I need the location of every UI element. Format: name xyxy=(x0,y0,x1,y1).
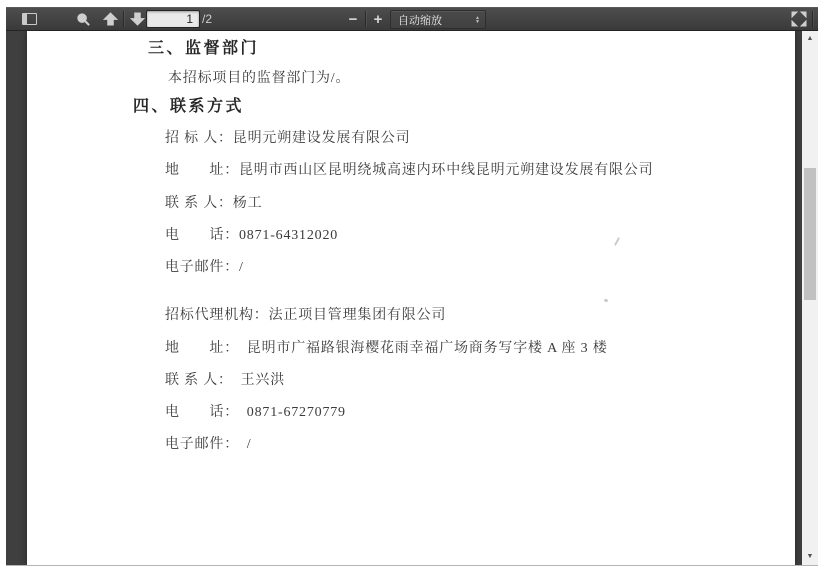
presentation-mode-button[interactable] xyxy=(786,7,812,31)
scan-artifact xyxy=(604,299,609,303)
previous-page-button[interactable] xyxy=(98,7,122,31)
toolbar-separator xyxy=(123,11,124,27)
scroll-up-button[interactable]: ▲ xyxy=(802,31,818,45)
fullscreen-icon xyxy=(791,11,807,27)
vertical-scrollbar[interactable]: ▲ ▼ xyxy=(802,31,818,565)
doc-line: 本招标项目的监督部门为/。 xyxy=(168,67,350,87)
doc-line-bidder-name: 招 标 人：昆明元朔建设发展有限公司 xyxy=(165,127,410,147)
doc-line-agency-name: 招标代理机构：法正项目管理集团有限公司 xyxy=(165,304,446,324)
zoom-in-button[interactable]: + xyxy=(369,7,387,31)
pdf-page: 三、监督部门 本招标项目的监督部门为/。 四、联系方式 招 标 人：昆明元朔建设… xyxy=(27,31,795,565)
pdf-viewer: /2 − + 自动缩放 ▲▼ xyxy=(6,7,818,565)
section-heading-contact: 四、联系方式 xyxy=(133,93,244,116)
page-number-input[interactable] xyxy=(146,10,200,28)
select-arrows-icon: ▲▼ xyxy=(475,16,480,24)
viewer-toolbar: /2 − + 自动缩放 ▲▼ xyxy=(6,7,818,31)
screenshot-root: /2 − + 自动缩放 ▲▼ xyxy=(0,0,830,582)
doc-line-bidder-email: 电子邮件：/ xyxy=(165,256,244,276)
doc-line-bidder-phone: 电 话：0871-64312020 xyxy=(165,224,338,244)
scan-artifact xyxy=(614,237,620,246)
sidebar-toggle-button[interactable] xyxy=(16,7,42,31)
section-heading-supervision: 三、监督部门 xyxy=(148,35,259,58)
sidebar-toggle-icon xyxy=(22,13,37,25)
zoom-level-select[interactable]: 自动缩放 ▲▼ xyxy=(390,10,486,29)
search-icon xyxy=(76,12,91,27)
viewer-canvas: 三、监督部门 本招标项目的监督部门为/。 四、联系方式 招 标 人：昆明元朔建设… xyxy=(6,31,802,565)
doc-line-bidder-address: 地 址：昆明市西山区昆明绕城高速内环中线昆明元朔建设发展有限公司 xyxy=(165,159,653,179)
arrow-down-icon xyxy=(130,12,145,26)
scroll-down-button[interactable]: ▼ xyxy=(802,549,818,563)
zoom-out-button[interactable]: − xyxy=(344,7,362,31)
toolbar-separator xyxy=(812,11,813,27)
doc-line-agency-phone: 电 话： 0871-67270779 xyxy=(165,401,346,421)
doc-line-agency-address: 地 址： 昆明市广福路银海樱花雨幸福广场商务写字楼 A 座 3 楼 xyxy=(165,337,608,357)
arrow-up-icon xyxy=(103,12,118,26)
search-button[interactable] xyxy=(70,7,96,31)
zoom-level-value: 自动缩放 xyxy=(398,12,442,28)
scrollbar-thumb[interactable] xyxy=(804,168,816,300)
doc-line-agency-contact: 联 系 人： 王兴洪 xyxy=(165,369,285,389)
page-count-label: /2 xyxy=(202,7,232,31)
doc-line-agency-email: 电子邮件： / xyxy=(165,433,252,453)
toolbar-separator xyxy=(365,11,366,27)
doc-line-bidder-contact: 联 系 人：杨工 xyxy=(165,192,262,212)
